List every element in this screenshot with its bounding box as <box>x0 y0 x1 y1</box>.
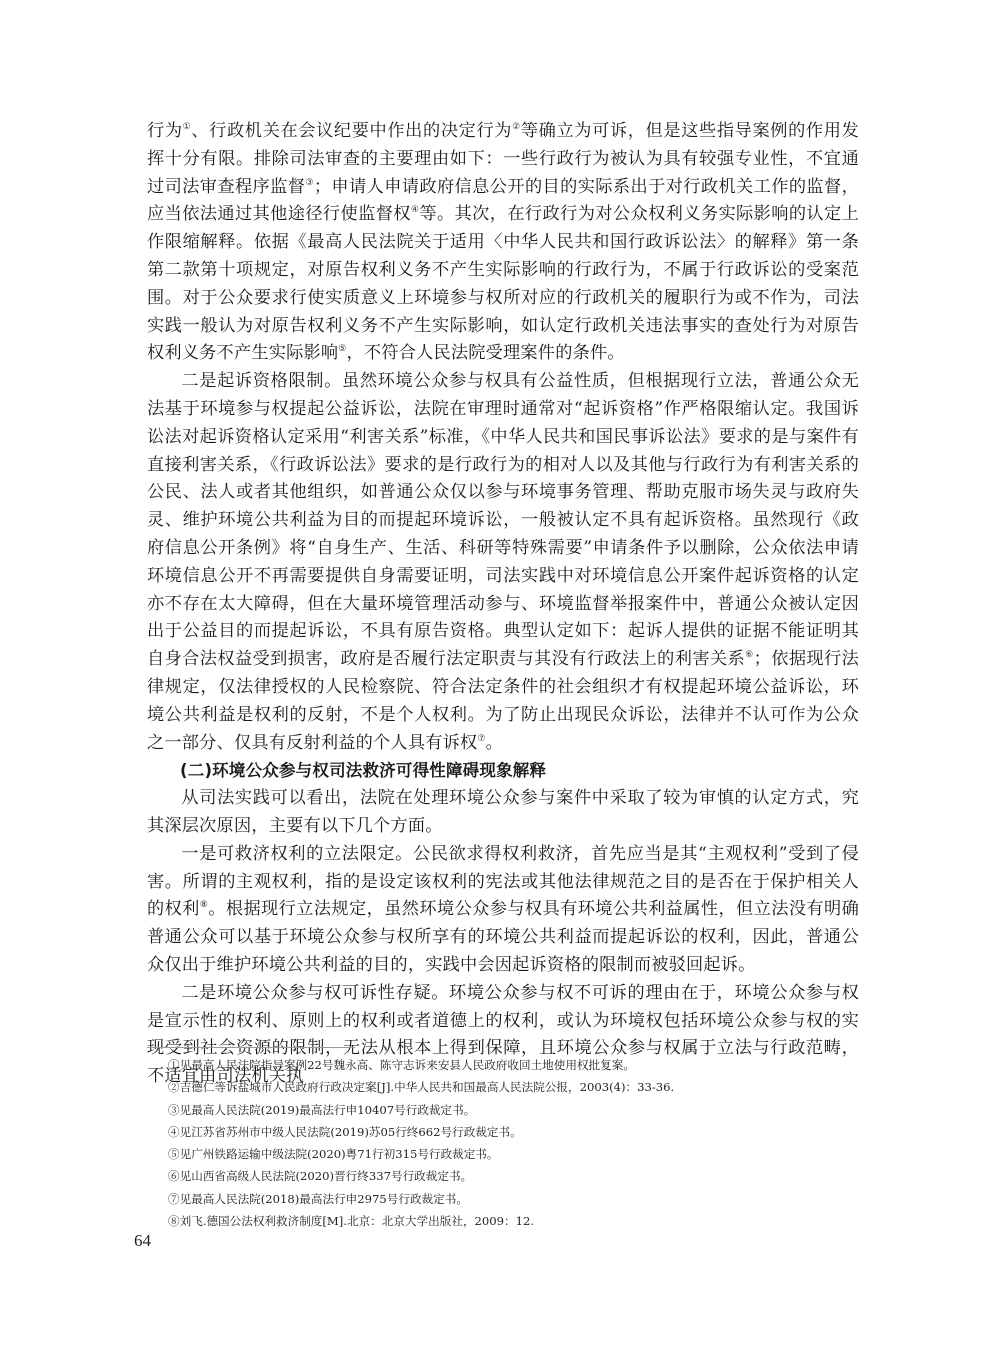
paragraph-text: 、行政机关在会议纪要中作出的决定行为 <box>191 121 512 141</box>
footnote-item: ⑥见山西省高级人民法院(2020)晋行终337号行政裁定书。 <box>168 1165 858 1187</box>
page-number: 64 <box>134 1231 151 1251</box>
footnote-marker[interactable]: ⑦ <box>477 734 485 744</box>
footnote-divider <box>147 1047 355 1048</box>
paragraph: 一是可救济权利的立法限定。公民欲求得权利救济，首先应当是其“主观权利”受到了侵害… <box>147 841 859 980</box>
footnote-marker[interactable]: ⑧ <box>200 900 208 910</box>
paragraph-text: 行为 <box>147 121 183 141</box>
footnote-marker[interactable]: ⑥ <box>745 650 753 660</box>
footnote-marker[interactable]: ③ <box>305 178 313 188</box>
footnote-marker[interactable]: ② <box>512 122 521 132</box>
paragraph-text: 。根据现行立法规定，虽然环境公众参与权具有环境公共利益属性，但立法没有明确普通公… <box>147 899 859 975</box>
footnote-marker[interactable]: ⑤ <box>338 344 346 354</box>
body-paragraphs-continued: 从司法实践可以看出，法院在处理环境公众参与案件中采取了较为审慎的认定方式，究其深… <box>147 785 859 1091</box>
body-paragraphs: 行为①、行政机关在会议纪要中作出的决定行为②等确立为可诉，但是这些指导案例的作用… <box>147 118 859 757</box>
paragraph-text: 。 <box>486 733 503 753</box>
footnotes: ①见最高人民法院指导案例22号魏永高、陈守志诉来安县人民政府收回土地使用权批复案… <box>168 1054 858 1232</box>
paragraph: 从司法实践可以看出，法院在处理环境公众参与案件中采取了较为审慎的认定方式，究其深… <box>147 785 859 841</box>
footnote-item: ⑤见广州铁路运输中级法院(2020)粤71行初315号行政裁定书。 <box>168 1143 858 1165</box>
paragraph-text: 等。其次，在行政行为对公众权利义务实际影响的认定上作限缩解释。依据《最高人民法院… <box>147 204 859 363</box>
footnote-item: ②吉德仁等诉盐城市人民政府行政决定案[J].中华人民共和国最高人民法院公报，20… <box>168 1076 858 1098</box>
paragraph-text: ，不符合人民法院受理案件的条件。 <box>347 343 625 363</box>
footnote-item: ③见最高人民法院(2019)最高法行申10407号行政裁定书。 <box>168 1099 858 1121</box>
footnote-item: ①见最高人民法院指导案例22号魏永高、陈守志诉来安县人民政府收回土地使用权批复案… <box>168 1054 858 1076</box>
section-heading: (二)环境公众参与权司法救济可得性障碍现象解释 <box>147 757 859 785</box>
footnote-item: ⑧刘飞.德国公法权利救济制度[M].北京：北京大学出版社，2009：12. <box>168 1210 858 1232</box>
paragraph: 行为①、行政机关在会议纪要中作出的决定行为②等确立为可诉，但是这些指导案例的作用… <box>147 118 859 368</box>
page-body: 行为①、行政机关在会议纪要中作出的决定行为②等确立为可诉，但是这些指导案例的作用… <box>147 118 859 1091</box>
footnote-item: ④见江苏省苏州市中级人民法院(2019)苏05行终662号行政裁定书。 <box>168 1121 858 1143</box>
paragraph-text: 从司法实践可以看出，法院在处理环境公众参与案件中采取了较为审慎的认定方式，究其深… <box>147 788 859 836</box>
paragraph-text: 二是起诉资格限制。虽然环境公众参与权具有公益性质，但根据现行立法，普通公众无法基… <box>147 371 859 669</box>
footnote-item: ⑦见最高人民法院(2018)最高法行申2975号行政裁定书。 <box>168 1188 858 1210</box>
paragraph: 二是起诉资格限制。虽然环境公众参与权具有公益性质，但根据现行立法，普通公众无法基… <box>147 368 859 757</box>
